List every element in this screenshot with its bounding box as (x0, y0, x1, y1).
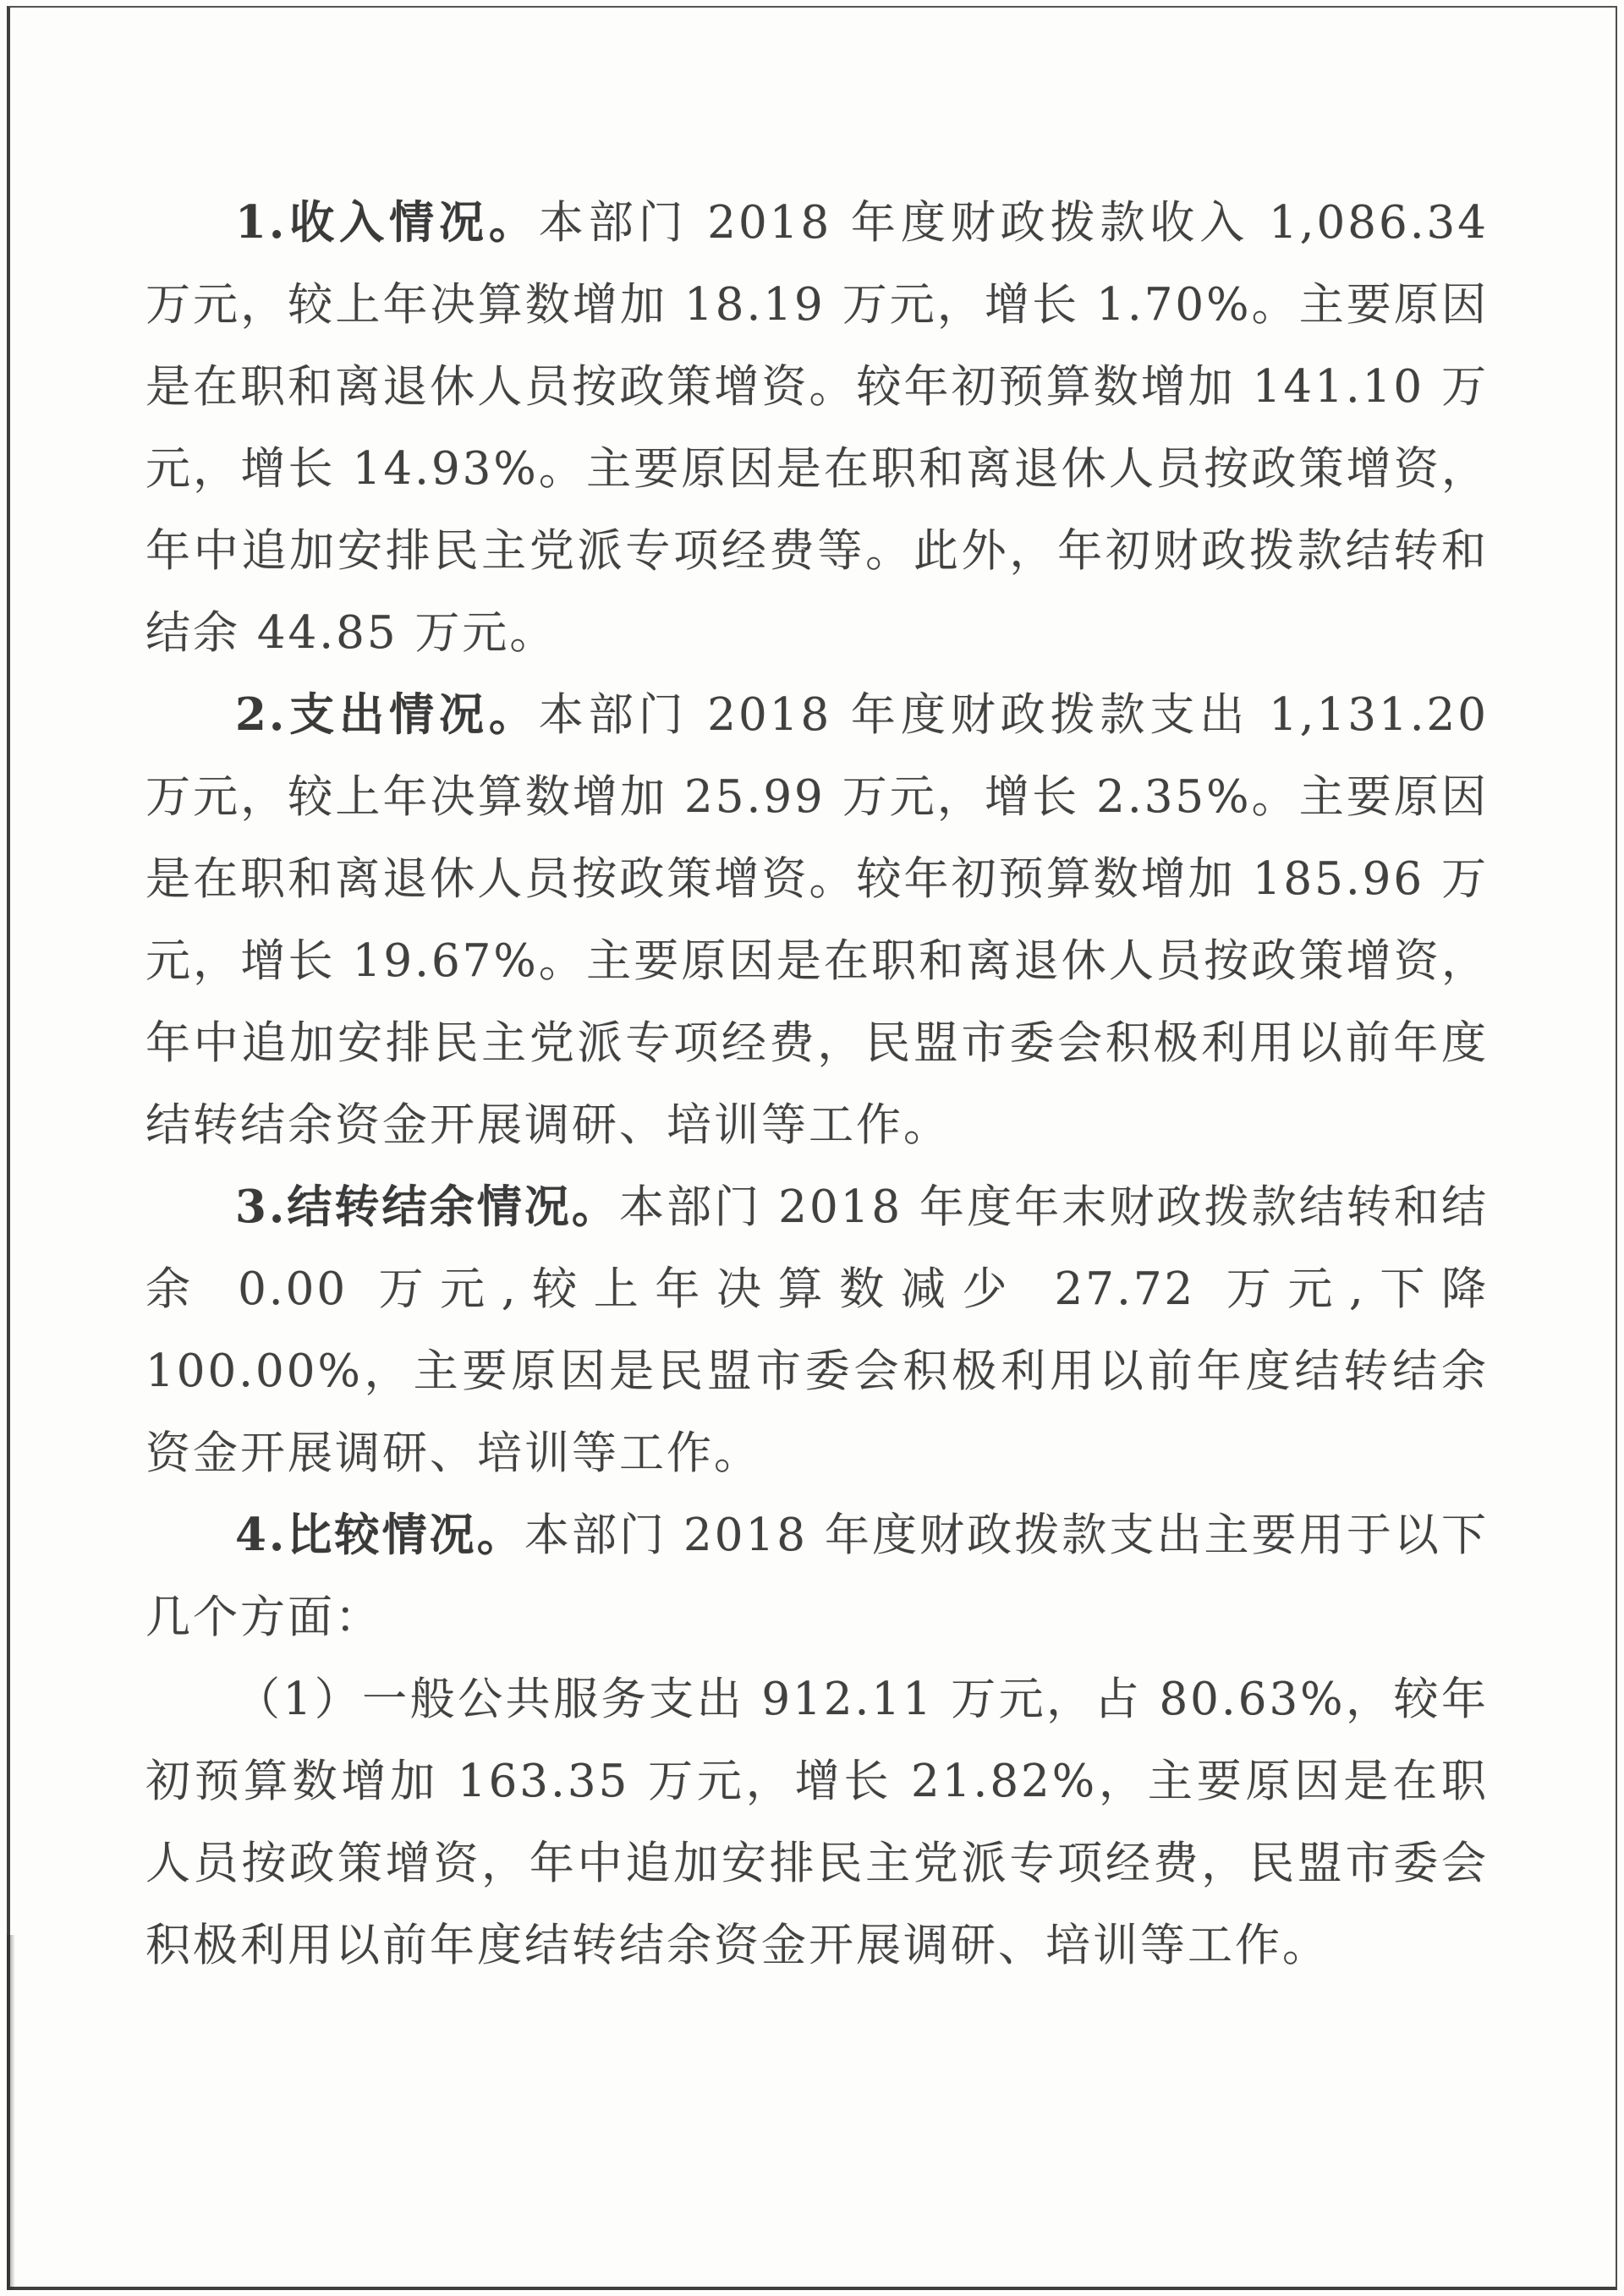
scanned-document-page: { "page": { "kind": "scanned fiscal repo… (0, 0, 1624, 2296)
document-text-block: 1.收入情况。本部门 2018 年度财政拨款收入 1,086.34 万元，较上年… (145, 182, 1489, 1986)
paragraph-expenditure-heading: 2.支出情况。 (235, 688, 539, 741)
paragraph-carryover-heading: 3.结转结余情况。 (235, 1181, 619, 1233)
paragraph-comparison-heading: 4.比较情况。 (235, 1509, 524, 1561)
paragraph-expenditure-body: 本部门 2018 年度财政拨款支出 1,131.20 万元，较上年决算数增加 2… (145, 689, 1489, 1151)
paragraph-carryover: 3.结转结余情况。本部门 2018 年度年末财政拨款结转和结余 0.00 万元,… (145, 1166, 1489, 1494)
paragraph-income-heading: 1.收入情况。 (235, 196, 539, 249)
paragraph-comparison: 4.比较情况。本部门 2018 年度财政拨款支出主要用于以下几个方面： (145, 1494, 1489, 1658)
paragraph-public-service-body: （1）一般公共服务支出 912.11 万元，占 80.63%，较年初预算数增加 … (145, 1674, 1489, 1971)
scan-smudge (7, 1935, 15, 2290)
paragraph-income-body: 本部门 2018 年度财政拨款收入 1,086.34 万元，较上年决算数增加 1… (145, 197, 1489, 659)
paragraph-expenditure: 2.支出情况。本部门 2018 年度财政拨款支出 1,131.20 万元，较上年… (145, 674, 1489, 1166)
paragraph-income: 1.收入情况。本部门 2018 年度财政拨款收入 1,086.34 万元，较上年… (145, 182, 1489, 674)
paragraph-public-service-item: （1）一般公共服务支出 912.11 万元，占 80.63%，较年初预算数增加 … (145, 1658, 1489, 1986)
